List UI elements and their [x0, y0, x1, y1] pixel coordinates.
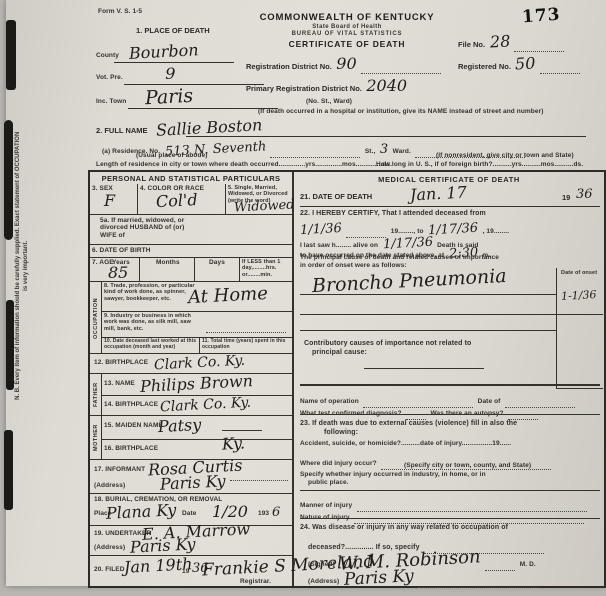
burial-year-prefix: 193	[258, 510, 269, 517]
scan-artifact	[6, 300, 14, 390]
scan-artifact	[4, 430, 13, 510]
registration-district-label: Registration District No.	[246, 62, 332, 71]
certify-mid2: , 19........	[483, 228, 510, 235]
father-name-label: 13. NAME	[104, 380, 135, 387]
specify-line2: public place.	[308, 479, 349, 486]
filed-year-prefix: 19	[182, 568, 189, 575]
county-row: County Bourbon	[96, 44, 199, 62]
stamp-number: 173	[521, 5, 561, 28]
father-name-value: Philips Brown	[140, 373, 254, 395]
father-birthplace-value: Clark Co. Ky.	[160, 396, 252, 415]
registered-no-value: 50	[515, 55, 536, 72]
nature-row: Nature of injury	[300, 506, 584, 524]
mother-birthplace-value: Ky.	[222, 435, 246, 452]
full-name-label: 2. FULL NAME	[96, 126, 148, 135]
ward-value: 3	[380, 143, 388, 156]
marital-value: Widowed	[234, 198, 295, 214]
precinct-value: 9	[165, 66, 175, 82]
registered-no-label: Registered No.	[458, 62, 511, 71]
age-days-label: Days	[209, 259, 225, 266]
age-years-value: 85	[108, 265, 128, 281]
county-value: Bourbon	[129, 42, 199, 62]
undertaker-address-value: Paris Ky	[130, 536, 196, 555]
contributory-label1: Contributory causes of importance not re…	[304, 340, 471, 348]
spouse-label: 5a. If married, widowed, or divorced HUS…	[100, 217, 190, 239]
nonresident-hint: (If nonresident, give city or town and S…	[436, 152, 574, 159]
occupation-side-label: OCCUPATION	[93, 286, 99, 350]
external-label1: 23. If death was due to external causes …	[300, 420, 517, 428]
age-months-label: Months	[156, 259, 180, 266]
dod-year-prefix: 19	[562, 193, 570, 202]
certify-line4: The principal cause of death and related…	[300, 254, 499, 261]
file-no-row: File No. 28	[458, 34, 564, 52]
primary-district-label: Primary Registration District No.	[246, 84, 362, 93]
specify-line1: Specify whether injury occurred in indus…	[300, 471, 486, 478]
birthplace-label: 12. BIRTHPLACE	[94, 359, 148, 366]
external-label2: following:	[324, 429, 358, 437]
signed-suffix: M. D.	[520, 561, 536, 568]
dod-year-value: 36	[576, 188, 593, 201]
mother-birthplace-label: 16. BIRTHPLACE	[104, 445, 158, 452]
foreign-birth-line: How long in U. S., if of foreign birth?.…	[376, 161, 583, 168]
mother-maiden-label: 15. MAIDEN NAME	[104, 422, 163, 429]
primary-district-value: 2040	[366, 78, 407, 94]
file-no-label: File No.	[458, 40, 485, 49]
registration-district-value: 90	[336, 56, 356, 72]
personal-title: PERSONAL AND STATISTICAL PARTICULARS	[90, 174, 292, 183]
contributory-label2: principal cause:	[312, 349, 367, 357]
undertaker-address-label: (Address)	[94, 544, 125, 551]
certify-line5: in order of onset were as follows:	[300, 262, 407, 269]
accident-line: Accident, suicide, or homicide?.........…	[300, 440, 511, 447]
registration-district-row: Registration District No. 90	[246, 56, 441, 74]
scan-artifact	[4, 120, 13, 240]
scan-artifact	[6, 20, 16, 90]
age-less-label: If LESS than 1 day,........hrs. or......…	[242, 259, 292, 278]
onset-box: Date of onset 1-1/36	[556, 268, 603, 389]
mother-maiden-value: Patsy	[158, 417, 202, 435]
precinct-label: Vot. Pre.	[96, 74, 123, 81]
registered-no-row: Registered No. 50	[458, 56, 580, 74]
onset-label: Date of onset	[561, 270, 599, 276]
dod-value: Jan. 17	[410, 185, 468, 204]
death-certificate-scan: N. B. Every item of information should b…	[6, 0, 606, 586]
registrar-label: Registrar.	[240, 578, 271, 585]
st-label: St.,	[365, 148, 376, 155]
burial-date-value: 1/20	[212, 504, 248, 520]
town-label: Inc. Town	[96, 98, 126, 105]
signed-address-value: Paris Ky	[343, 568, 414, 589]
last-worked-label: 10. Date deceased last worked at this oc…	[104, 339, 199, 351]
ward-label: Ward.	[393, 148, 411, 155]
where-label: Where did injury occur?	[300, 460, 377, 467]
hospital-hint: (If death occurred in a hospital or inst…	[258, 108, 543, 115]
header-board: State Board of Health	[232, 24, 462, 31]
header-certificate: CERTIFICATE OF DEATH	[232, 39, 462, 49]
header-commonwealth: COMMONWEALTH OF KENTUCKY	[232, 12, 462, 23]
where-hint: (Specify city or town, county, and State…	[404, 462, 531, 469]
onset-value: 1-1/36	[561, 289, 597, 302]
sex-value: F	[104, 193, 115, 209]
burial-place-value: Plana Ky	[106, 502, 177, 522]
burial-year-value: 6	[272, 506, 280, 519]
dod-label: 21. DATE OF DEATH	[300, 192, 372, 201]
industry-label: 9. Industry or business in which work wa…	[104, 313, 204, 332]
total-time-label: 11. Total time (years) spent in this occ…	[202, 339, 292, 351]
informant-address-value: Paris Ky	[160, 473, 226, 492]
father-side-label: FATHER	[93, 376, 99, 414]
informant-address-label: (Address)	[94, 482, 125, 489]
length-of-residence-line: Length of residence in city or town wher…	[96, 161, 392, 168]
mother-side-label: MOTHER	[93, 418, 99, 458]
form-code: Form V. S. 1-5	[98, 8, 142, 15]
test-row: What test confirmed diagnosis? Was there…	[300, 402, 538, 420]
town-row: Inc. Town Paris	[96, 88, 193, 108]
filed-label: 20. FILED	[94, 566, 125, 573]
particulars-table: PERSONAL AND STATISTICAL PARTICULARS 3. …	[88, 170, 606, 588]
informant-label: 17. INFORMANT	[94, 466, 145, 473]
signed-label: (Signed)	[308, 561, 335, 568]
occ-q-line1: 24. Was disease or injury in any way rel…	[300, 524, 508, 532]
signed-address-label: (Address)	[308, 578, 339, 585]
cause-of-death-value: Broncho Pneumonia	[312, 267, 507, 296]
no-ward-hint: (No. St., Ward)	[306, 98, 352, 105]
dob-label: 6. DATE OF BIRTH	[92, 247, 151, 254]
birthplace-value: Clark Co. Ky.	[154, 354, 246, 373]
header-bureau: BUREAU OF VITAL STATISTICS	[232, 31, 462, 38]
primary-district-row: Primary Registration District No. 2040	[246, 78, 407, 96]
file-no-value: 28	[489, 33, 510, 50]
signed-address-row: (Address) Paris Ky	[308, 570, 538, 588]
color-value: Col'd	[156, 192, 198, 210]
place-of-death-label: 1. PLACE OF DEATH	[136, 26, 210, 35]
margin-note: N. B. Every item of information should b…	[15, 131, 31, 401]
father-birthplace-label: 14. BIRTHPLACE	[104, 401, 158, 408]
precinct-row: Vot. Pre. 9	[96, 66, 175, 84]
signed-row: (Signed) W. M. Robinson M. D.	[308, 552, 536, 571]
certify-line1: 22. I HEREBY CERTIFY, That I attended de…	[300, 210, 486, 218]
town-value: Paris	[144, 87, 193, 108]
abode-hint: (Usual place of abode)	[136, 152, 208, 159]
burial-date-label: Date	[182, 510, 197, 517]
county-label: County	[96, 52, 119, 59]
trade-value: At Home	[188, 285, 269, 307]
